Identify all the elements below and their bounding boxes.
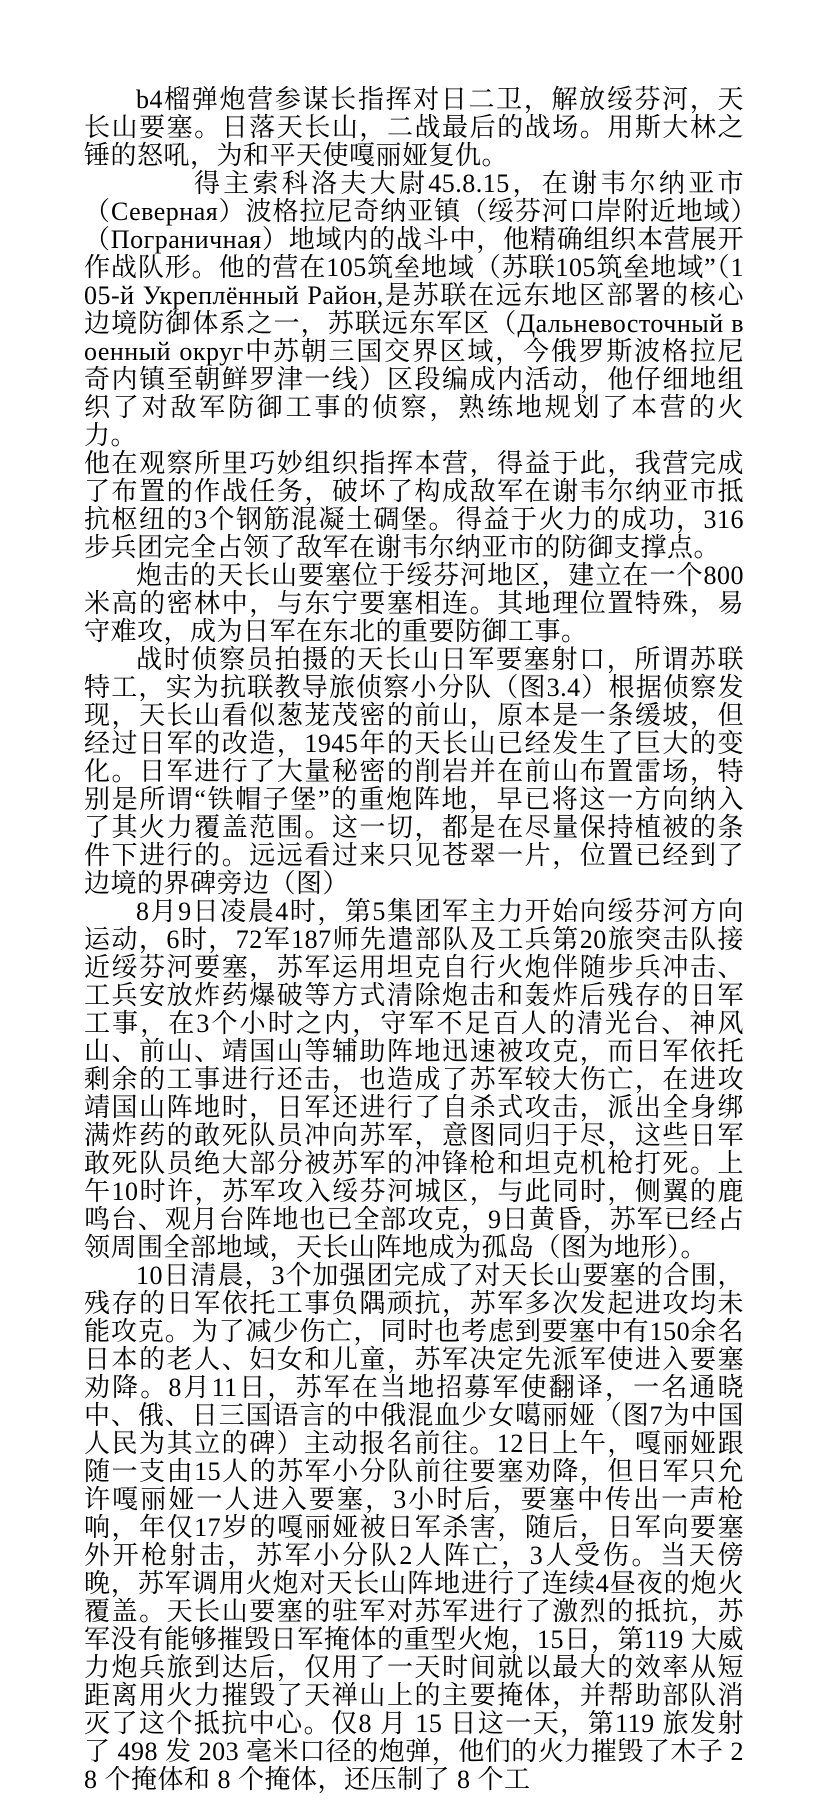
- paragraph-siege-and-galya: 10日清晨，3个加强团完成了对天长山要塞的合围，残存的日军依托工事负隅顽抗，苏军…: [84, 1262, 744, 1794]
- paragraph-fortress-location: 炮击的天长山要塞位于绥芬河地区，建立在一个800米高的密林中，与东宁要塞相连。其…: [84, 562, 744, 646]
- paragraph-sokolov-citation: 得主索科洛夫大尉45.8.15，在谢韦尔纳亚市（Северная）波格拉尼奇纳亚…: [84, 170, 744, 450]
- paragraph-battalion-result: 他在观察所里巧妙组织指挥本营，得益于此，我营完成了布置的作战任务，破坏了构成敌军…: [84, 450, 744, 562]
- document-text-block: b4榴弹炮营参谋长指挥对日二卫，解放绥芬河，天长山要塞。日落天长山，二战最后的战…: [84, 86, 744, 1794]
- paragraph-recon-findings: 战时侦察员拍摄的天长山日军要塞射口，所谓苏联特工，实为抗联教导旅侦察小分队（图3…: [84, 646, 744, 898]
- paragraph-aug9-assault: 8月9日凌晨4时，第5集团军主力开始向绥芬河方向运动，6时，72军187师先遣部…: [84, 898, 744, 1262]
- paragraph-intro: b4榴弹炮营参谋长指挥对日二卫，解放绥芬河，天长山要塞。日落天长山，二战最后的战…: [84, 86, 744, 170]
- document-page: b4榴弹炮营参谋长指挥对日二卫，解放绥芬河，天长山要塞。日落天长山，二战最后的战…: [0, 0, 828, 1800]
